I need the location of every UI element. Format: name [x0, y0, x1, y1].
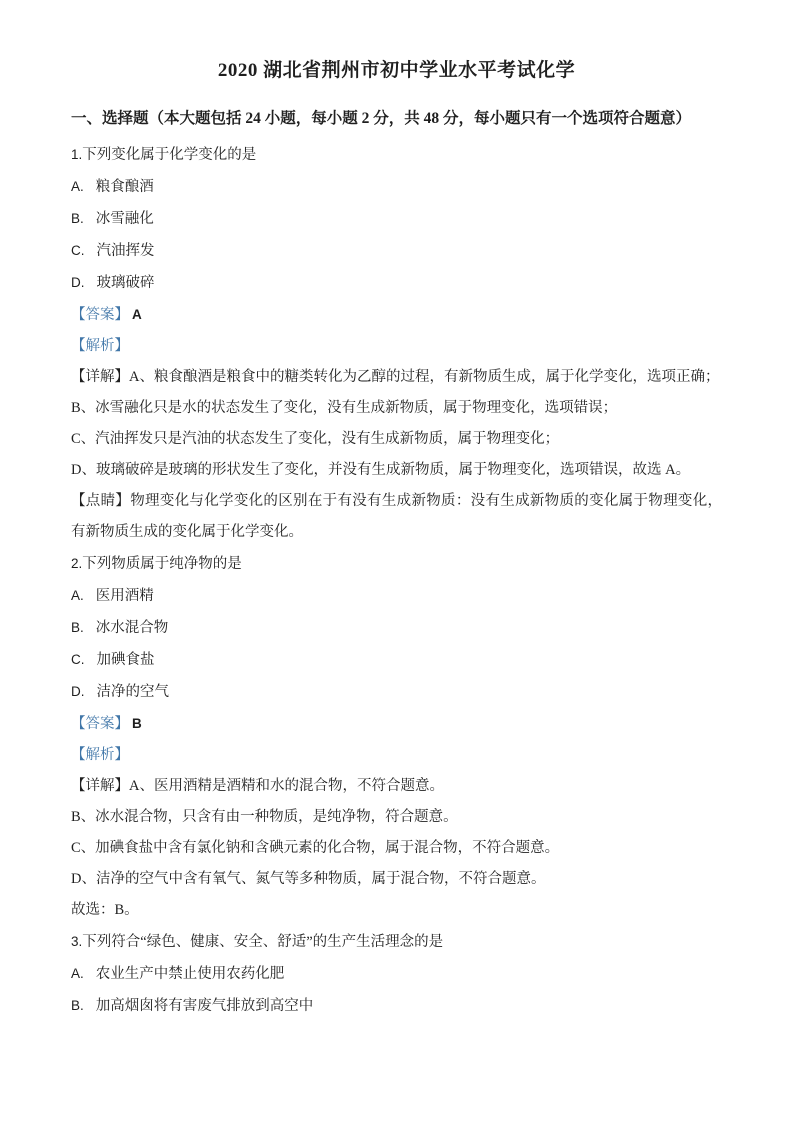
detail-line: C、汽油挥发只是汽油的状态发生了变化，没有生成新物质，属于物理变化；	[71, 424, 722, 455]
question-stem-text: 下列符合“绿色、健康、安全、舒适”的生产生活理念的是	[82, 934, 443, 950]
detail-line: C、加碘食盐中含有氯化钠和含碘元素的化合物，属于混合物，不符合题意。	[71, 833, 722, 864]
analysis-line: 【解析】	[71, 331, 722, 362]
section-heading: 一、选择题（本大题包括 24 小题，每小题 2 分，共 48 分，每小题只有一个…	[71, 107, 722, 131]
question-number: 2.	[71, 556, 82, 571]
option-text: 玻璃破碎	[97, 275, 155, 291]
analysis-label: 【解析】	[71, 747, 129, 763]
option-label: B.	[71, 211, 84, 226]
answer-option-d: D.玻璃破碎	[71, 267, 722, 299]
option-text: 加碘食盐	[97, 652, 155, 668]
question-block-3: 3.下列符合“绿色、健康、安全、舒适”的生产生活理念的是 A.农业生产中禁止使用…	[71, 926, 722, 1022]
answer-option-c: C.加碘食盐	[71, 644, 722, 676]
option-text: 冰雪融化	[96, 211, 154, 227]
option-label: B.	[71, 620, 84, 635]
option-label: D.	[71, 275, 85, 290]
answer-line: 【答案】B	[71, 708, 722, 740]
option-text: 加高烟囱将有害废气排放到高空中	[96, 998, 314, 1014]
question-stem: 2.下列物质属于纯净物的是	[71, 548, 722, 580]
analysis-line: 【解析】	[71, 740, 722, 771]
option-label: C.	[71, 652, 85, 667]
question-number: 3.	[71, 934, 82, 949]
answer-option-a: A.粮食酿酒	[71, 171, 722, 203]
answer-value: A	[132, 307, 142, 322]
detail-line: D、玻璃破碎是玻璃的形状发生了变化，并没有生成新物质，属于物理变化，选项错误，故…	[71, 455, 722, 486]
answer-label: 【答案】	[71, 307, 129, 323]
detail-line: B、冰水混合物，只含有由一种物质，是纯净物，符合题意。	[71, 802, 722, 833]
answer-option-d: D.洁净的空气	[71, 676, 722, 708]
detail-line: B、冰雪融化只是水的状态发生了变化，没有生成新物质，属于物理变化，选项错误；	[71, 393, 722, 424]
answer-option-c: C.汽油挥发	[71, 235, 722, 267]
analysis-label: 【解析】	[71, 338, 129, 354]
option-text: 农业生产中禁止使用农药化肥	[96, 966, 285, 982]
question-block-1: 1.下列变化属于化学变化的是 A.粮食酿酒 B.冰雪融化 C.汽油挥发 D.玻璃…	[71, 139, 722, 548]
summary-line: 【点睛】物理变化与化学变化的区别在于有没有生成新物质：没有生成新物质的变化属于物…	[71, 486, 722, 548]
option-label: B.	[71, 998, 84, 1013]
document-title: 2020 湖北省荆州市初中学业水平考试化学	[71, 57, 722, 85]
detail-line: 【详解】A、医用酒精是酒精和水的混合物，不符合题意。	[71, 771, 722, 802]
answer-value: B	[132, 716, 142, 731]
answer-option-b: B.冰水混合物	[71, 612, 722, 644]
conclusion-line: 故选：B。	[71, 895, 722, 926]
answer-option-b: B.冰雪融化	[71, 203, 722, 235]
question-stem: 1.下列变化属于化学变化的是	[71, 139, 722, 171]
question-stem: 3.下列符合“绿色、健康、安全、舒适”的生产生活理念的是	[71, 926, 722, 958]
detail-line: 【详解】A、粮食酿酒是粮食中的糖类转化为乙醇的过程，有新物质生成，属于化学变化，…	[71, 362, 722, 393]
option-text: 洁净的空气	[97, 684, 170, 700]
option-label: D.	[71, 684, 85, 699]
question-stem-text: 下列变化属于化学变化的是	[82, 147, 256, 163]
document-page: 2020 湖北省荆州市初中学业水平考试化学 一、选择题（本大题包括 24 小题，…	[0, 0, 793, 1122]
document-body: 1.下列变化属于化学变化的是 A.粮食酿酒 B.冰雪融化 C.汽油挥发 D.玻璃…	[71, 139, 722, 1022]
answer-option-a: A.农业生产中禁止使用农药化肥	[71, 958, 722, 990]
detail-line: D、洁净的空气中含有氧气、氮气等多种物质，属于混合物，不符合题意。	[71, 864, 722, 895]
question-block-2: 2.下列物质属于纯净物的是 A.医用酒精 B.冰水混合物 C.加碘食盐 D.洁净…	[71, 548, 722, 926]
option-text: 粮食酿酒	[96, 179, 154, 195]
question-number: 1.	[71, 147, 82, 162]
option-label: A.	[71, 966, 84, 981]
option-text: 汽油挥发	[97, 243, 155, 259]
option-label: A.	[71, 179, 84, 194]
answer-label: 【答案】	[71, 716, 129, 732]
option-text: 医用酒精	[96, 588, 154, 604]
answer-line: 【答案】A	[71, 299, 722, 331]
answer-option-a: A.医用酒精	[71, 580, 722, 612]
question-stem-text: 下列物质属于纯净物的是	[82, 556, 242, 572]
option-label: C.	[71, 243, 85, 258]
option-label: A.	[71, 588, 84, 603]
answer-option-b: B.加高烟囱将有害废气排放到高空中	[71, 990, 722, 1022]
option-text: 冰水混合物	[96, 620, 169, 636]
